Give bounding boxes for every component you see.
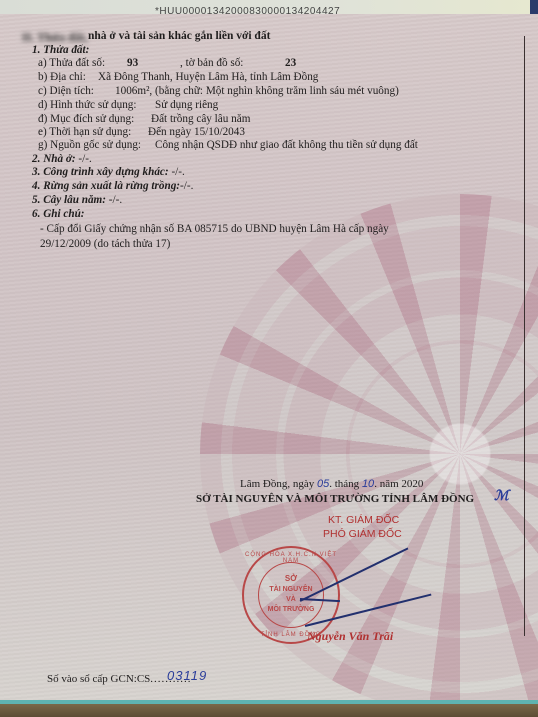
purpose: Đất trồng cây lâu năm xyxy=(151,113,250,125)
notes-line-2: 29/12/2009 (do tách thửa 17) xyxy=(40,238,170,250)
map-sheet-no: 23 xyxy=(285,57,296,69)
section-value: -/-. xyxy=(169,166,185,178)
section-value: -/-. xyxy=(180,180,193,192)
section-label: 5. Cây lâu năm: xyxy=(32,194,106,206)
area-label: c) Diện tích: xyxy=(38,85,94,97)
month-label: tháng xyxy=(335,478,359,490)
place-date: Lâm Đồng, ngày 05. tháng 10. năm 2020 xyxy=(240,478,423,490)
title-line-1: KT. GIÁM ĐỐC xyxy=(328,514,399,526)
initials-signature: ℳ xyxy=(494,487,509,504)
address: Xã Đông Thanh, Huyện Lâm Hà, tỉnh Lâm Đồ… xyxy=(98,71,318,83)
seal-line-1: SỞ xyxy=(244,574,338,583)
page-border-line xyxy=(524,36,525,636)
section-value: -/-. xyxy=(106,194,122,206)
section-perennial-trees: 5. Cây lâu năm: -/-. xyxy=(32,194,193,208)
purpose-label: đ) Mục đích sử dụng: xyxy=(38,113,134,125)
section-label: 3. Công trình xây dựng khác: xyxy=(32,166,169,178)
seal-inner-ring xyxy=(258,562,324,628)
register-number: 03119 xyxy=(167,668,207,683)
section-other-construction: 3. Công trình xây dựng khác: -/-. xyxy=(32,166,193,180)
register-label: Số vào sổ cấp GCN:CS xyxy=(47,673,150,685)
notes-line-1: - Cấp đổi Giấy chứng nhận số BA 085715 d… xyxy=(40,223,389,235)
parcel-heading: 1. Thửa đất: xyxy=(32,44,89,56)
section-house: 2. Nhà ở: -/-. xyxy=(32,153,193,166)
section-label: 4. Rừng sản xuất là rừng trồng: xyxy=(32,180,180,192)
section-title-blurred: II. Thửa đất, xyxy=(22,30,88,45)
issuing-agency: SỞ TÀI NGUYÊN VÀ MÔI TRƯỜNG TỈNH LÂM ĐỒN… xyxy=(196,493,474,505)
use-form-label: d) Hình thức sử dụng: xyxy=(38,99,137,111)
seal-line-4: MÔI TRƯỜNG xyxy=(244,606,338,613)
term: Đến ngày 15/10/2043 xyxy=(148,126,245,138)
section-value: -/-. xyxy=(76,153,92,165)
bottom-edge xyxy=(0,700,538,717)
section-label: 2. Nhà ở: xyxy=(32,153,76,165)
parcel-no-label: a) Thửa đất số: xyxy=(38,57,105,69)
use-form: Sử dụng riêng xyxy=(155,99,218,111)
parcel-no: 93 xyxy=(127,57,138,69)
issue-month: 10 xyxy=(362,478,374,490)
origin-label: g) Nguồn gốc sử dụng: xyxy=(38,139,141,151)
term-label: e) Thời hạn sử dụng: xyxy=(38,126,131,138)
place-date-prefix: Lâm Đồng, ngày xyxy=(240,478,314,490)
area: 1006m², (bằng chữ: Một nghìn không trăm … xyxy=(115,85,399,97)
notes-heading: 6. Ghi chú: xyxy=(32,208,85,220)
signer-name: Nguyễn Văn Trãi xyxy=(307,629,393,644)
map-sheet-label: , tờ bản đồ số: xyxy=(180,57,243,69)
issue-year: năm 2020 xyxy=(380,478,424,490)
address-label: b) Địa chỉ: xyxy=(38,71,86,83)
title-line-2: PHÓ GIÁM ĐỐC xyxy=(323,528,402,540)
issue-day: 05 xyxy=(317,478,329,490)
seal-ring-top-text: CỘNG HÒA X.H.C.N VIỆT NAM xyxy=(244,552,338,564)
section-title: nhà ở và tài sản khác gắn liền với đất xyxy=(88,30,270,42)
origin: Công nhận QSDĐ như giao đất không thu ti… xyxy=(155,139,418,151)
sections-list: 2. Nhà ở: -/-. 3. Công trình xây dựng kh… xyxy=(32,153,193,208)
section-planted-forest: 4. Rừng sản xuất là rừng trồng:-/-. xyxy=(32,180,193,194)
